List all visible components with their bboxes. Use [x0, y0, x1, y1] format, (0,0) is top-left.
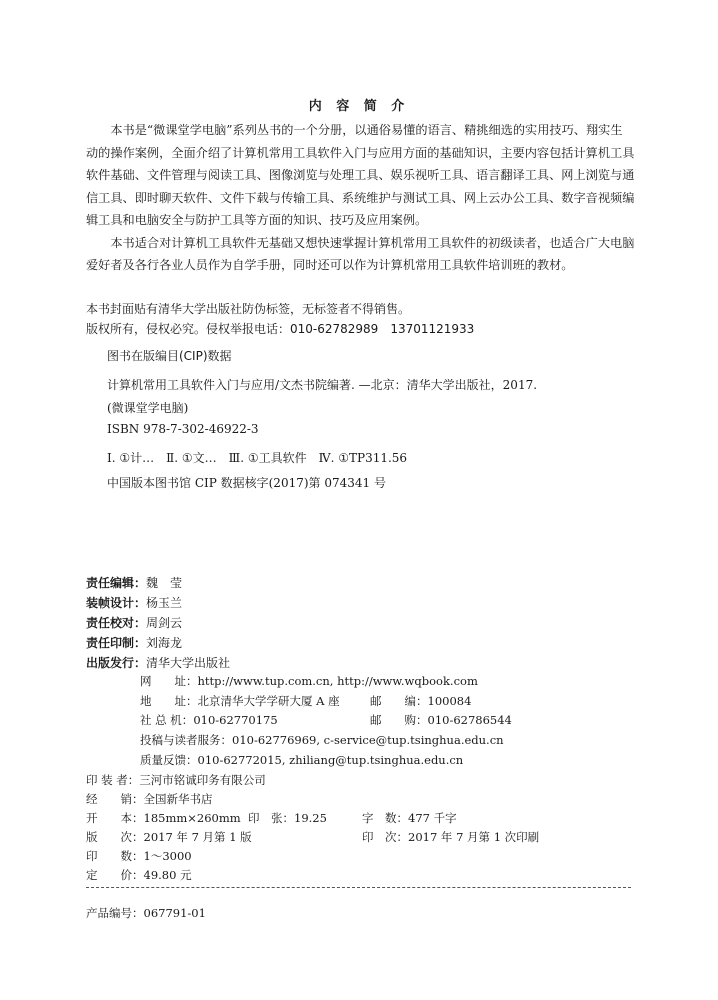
info-label: 网 址： — [140, 674, 198, 688]
product-number: 产品编号：067791-01 — [86, 905, 206, 921]
publisher-website: 网 址：http://www.tup.com.cn, http://www.wq… — [140, 673, 478, 689]
info-label: 质量反馈： — [140, 753, 198, 767]
dashed-divider — [86, 887, 631, 888]
info-label: 印 装 者： — [86, 773, 139, 787]
credit-printing-manager: 责任印制：刘海龙 — [86, 634, 182, 651]
info-label: 印 数： — [86, 849, 144, 863]
info-label: 定 价： — [86, 868, 144, 882]
info-label: 版 次： — [86, 830, 144, 844]
print-distributor: 经 销：全国新华书店 — [86, 791, 213, 807]
info-value: 2017 年 7 月第 1 次印刷 — [408, 830, 539, 844]
credit-value: 刘海龙 — [146, 636, 182, 650]
copyright-notice: 版权所有，侵权必究。侵权举报电话：010-62782989 1370112193… — [86, 320, 474, 337]
print-printing: 印 次：2017 年 7 月第 1 次印刷 — [362, 829, 539, 845]
credit-designer: 装帧设计：杨玉兰 — [86, 594, 182, 611]
info-label: 开 本： — [86, 811, 144, 825]
summary-line: 信工具、即时聊天软件、文件下载与传输工具、系统维护与测试工具、网上云办公工具、数… — [86, 187, 634, 210]
anti-counterfeit-notice: 本书封面贴有清华大学出版社防伪标签，无标签者不得销售。 — [86, 300, 410, 317]
credit-value: 杨玉兰 — [146, 596, 182, 610]
summary-line: 辑工具和电脑安全与防护工具等方面的知识、技巧及应用案例。 — [86, 209, 634, 232]
info-label: 社 总 机： — [140, 713, 193, 727]
print-word-count: 字 数：477 千字 — [362, 810, 457, 826]
credit-value: 清华大学出版社 — [146, 656, 230, 670]
credit-proofreader: 责任校对：周剑云 — [86, 614, 182, 631]
cip-series: (微课堂学电脑) — [107, 399, 188, 416]
info-value: 19.25 — [294, 811, 327, 825]
info-value: 三河市铭诚印务有限公司 — [139, 773, 266, 787]
print-printer: 印 装 者：三河市铭诚印务有限公司 — [86, 772, 266, 788]
info-label: 投稿与读者服务： — [140, 733, 232, 747]
print-run: 印 数：1～3000 — [86, 848, 192, 864]
credit-label: 责任编辑： — [86, 576, 146, 590]
credit-label: 出版发行： — [86, 656, 146, 670]
info-label: 经 销： — [86, 792, 144, 806]
info-label: 地 址： — [140, 694, 198, 708]
info-value: 010-62786544 — [428, 713, 512, 727]
print-sheets: 印 张：19.25 — [248, 810, 327, 826]
info-value: 2017 年 7 月第 1 版 — [144, 830, 252, 844]
info-value: 49.80 元 — [144, 868, 192, 882]
publisher-switchboard: 社 总 机：010-62770175 — [140, 712, 278, 728]
credit-label: 责任印制： — [86, 636, 146, 650]
summary-line: 软件基础、文件管理与阅读工具、图像浏览与处理工具、娱乐视听工具、语言翻译工具、网… — [86, 164, 634, 187]
info-value: 北京清华大学学研大厦 A 座 — [198, 694, 340, 708]
publisher-mail-order: 邮 购：010-62786544 — [370, 712, 512, 728]
credit-value: 周剑云 — [146, 616, 182, 630]
cip-heading: 图书在版编目(CIP)数据 — [107, 347, 232, 364]
info-value: 477 千字 — [408, 811, 457, 825]
publisher-postcode: 邮 编：100084 — [370, 693, 471, 709]
section-title: 内 容 简 介 — [0, 95, 718, 114]
summary-line: 本书是“微课堂学电脑”系列丛书的一个分册，以通俗易懂的语言、精挑细选的实用技巧、… — [86, 119, 634, 142]
credit-editor: 责任编辑：魏 莹 — [86, 574, 182, 591]
cip-title-line: 计算机常用工具软件入门与应用/文杰书院编著. —北京：清华大学出版社，2017. — [107, 376, 537, 393]
publisher-quality-feedback: 质量反馈：010-62772015, zhiliang@tup.tsinghua… — [140, 752, 463, 768]
credit-value: 魏 莹 — [146, 576, 182, 590]
print-price: 定 价：49.80 元 — [86, 867, 192, 883]
summary-line: 本书适合对计算机工具软件无基础又想快速掌握计算机常用工具软件的初级读者，也适合广… — [86, 232, 634, 255]
info-label: 印 张： — [248, 811, 294, 825]
print-format: 开 本：185mm×260mm — [86, 810, 241, 826]
info-value: 全国新华书店 — [144, 792, 213, 806]
credit-label: 装帧设计： — [86, 596, 146, 610]
info-value: 010-62770175 — [193, 713, 277, 727]
info-label: 邮 购： — [370, 713, 428, 727]
info-label: 邮 编： — [370, 694, 428, 708]
summary-line: 爱好者及各行各业人员作为自学手册，同时还可以作为计算机常用工具软件培训班的教材。 — [86, 254, 634, 277]
cip-record-number: 中国版本图书馆 CIP 数据核字(2017)第 074341 号 — [107, 474, 386, 491]
publisher-address: 地 址：北京清华大学学研大厦 A 座 — [140, 693, 340, 709]
info-value: 010-62776969, c-service@tup.tsinghua.edu… — [232, 733, 504, 747]
cip-isbn: ISBN 978-7-302-46922-3 — [107, 422, 259, 436]
info-value: 100084 — [428, 694, 472, 708]
website-link[interactable]: http://www.tup.com.cn, http://www.wqbook… — [198, 674, 478, 688]
print-edition: 版 次：2017 年 7 月第 1 版 — [86, 829, 252, 845]
info-value: 1～3000 — [144, 849, 192, 863]
cip-classification: Ⅰ. ①计… Ⅱ. ①文… Ⅲ. ①工具软件 Ⅳ. ①TP311.56 — [107, 449, 407, 466]
credit-label: 责任校对： — [86, 616, 146, 630]
info-label: 印 次： — [362, 830, 408, 844]
info-value: 185mm×260mm — [144, 811, 241, 825]
summary-line: 动的操作案例，全面介绍了计算机常用工具软件入门与应用方面的基础知识，主要内容包括… — [86, 142, 634, 165]
summary-paragraphs: 本书是“微课堂学电脑”系列丛书的一个分册，以通俗易懂的语言、精挑细选的实用技巧、… — [86, 119, 634, 277]
info-value: 010-62772015, zhiliang@tup.tsinghua.edu.… — [198, 753, 464, 767]
publisher-reader-service: 投稿与读者服务：010-62776969, c-service@tup.tsin… — [140, 732, 504, 748]
info-label: 字 数： — [362, 811, 408, 825]
credit-publisher: 出版发行：清华大学出版社 — [86, 654, 230, 671]
